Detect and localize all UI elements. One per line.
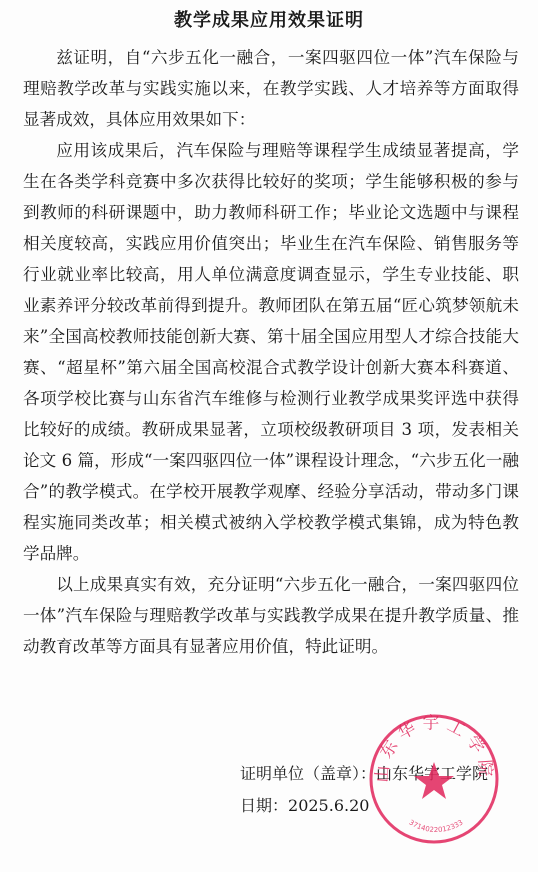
date-label: 日期： [240,796,288,815]
paragraph-effects: 应用该成果后，汽车保险与理赔等课程学生成绩显著提高，学生在各类学科竞赛中多次获得… [23,135,519,569]
unit-label: 证明单位（盖章）： [240,764,376,783]
official-stamp: 山东华宇工学院 3714022012333 [367,712,501,846]
signature-date: 日期：2025.6.20 [240,795,369,817]
paragraph-conclusion: 以上成果真实有效，充分证明“六步五化一融合，一案四驱四位一体”汽车保险与理赔教学… [23,569,519,662]
page-title: 教学成果应用效果证明 [0,8,538,34]
svg-text:3714022012333: 3714022012333 [407,818,464,834]
paragraph-intro: 兹证明，自“六步五化一融合，一案四驱四位一体”汽车保险与理赔教学改革与实践实施以… [23,42,519,135]
document-body: 兹证明，自“六步五化一融合，一案四驱四位一体”汽车保险与理赔教学改革与实践实施以… [23,42,519,662]
date-value: 2025.6.20 [288,796,369,815]
stamp-seal-icon: 山东华宇工学院 3714022012333 [367,712,501,846]
